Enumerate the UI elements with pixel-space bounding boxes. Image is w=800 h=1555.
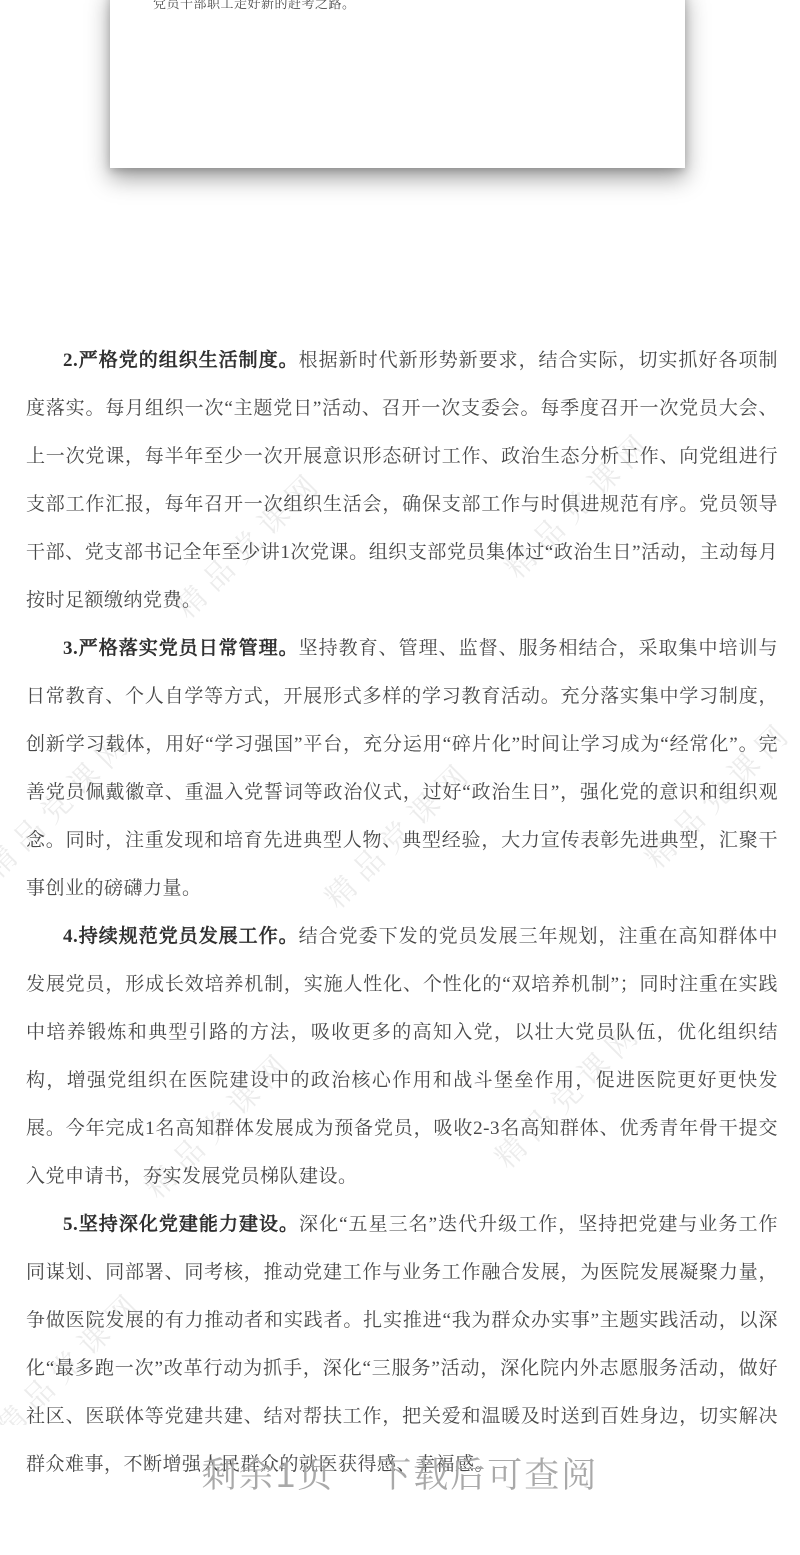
remaining-pages-banner: 剩余1页下载后可查阅 [0,1448,800,1498]
paragraph-3-lead: 3.严格落实党员日常管理。 [63,638,299,659]
paragraph-4-lead: 4.持续规范党员发展工作。 [63,926,299,947]
paragraph-3: 3.严格落实党员日常管理。坚持教育、管理、监督、服务相结合，采取集中培训与日常教… [26,625,778,913]
paragraph-5-text: 深化“五星三名”迭代升级工作，坚持把党建与业务工作同谋划、同部署、同考核，推动党… [26,1214,778,1475]
paragraph-4: 4.持续规范党员发展工作。结合党委下发的党员发展三年规划，注重在高知群体中发展党… [26,913,778,1201]
doc-page-clipped-text: 党员干部职工走好新的赶考之路。 [153,0,356,12]
document-preview-page: 党员干部职工走好新的赶考之路。 精品党课网 精品党课网 精品党课网 精品党课网 … [0,0,800,1555]
remaining-pages-label: 剩余1页 [202,1456,334,1495]
paragraph-2-lead: 2.严格党的组织生活制度。 [63,350,299,371]
paragraph-5-lead: 5.坚持深化党建能力建设。 [63,1214,299,1235]
paragraph-4-text: 结合党委下发的党员发展三年规划，注重在高知群体中发展党员，形成长效培养机制，实施… [26,926,778,1187]
download-hint-label: 下载后可查阅 [376,1456,598,1495]
paragraph-5: 5.坚持深化党建能力建设。深化“五星三名”迭代升级工作，坚持把党建与业务工作同谋… [26,1201,778,1489]
paragraph-2: 2.严格党的组织生活制度。根据新时代新形势新要求，结合实际，切实抓好各项制度落实… [26,337,778,625]
doc-page-preview-card: 党员干部职工走好新的赶考之路。 [110,0,685,168]
doc-body-text: 2.严格党的组织生活制度。根据新时代新形势新要求，结合实际，切实抓好各项制度落实… [26,337,778,1489]
paragraph-2-text: 根据新时代新形势新要求，结合实际，切实抓好各项制度落实。每月组织一次“主题党日”… [26,350,778,611]
paragraph-3-text: 坚持教育、管理、监督、服务相结合，采取集中培训与日常教育、个人自学等方式，开展形… [26,638,778,899]
